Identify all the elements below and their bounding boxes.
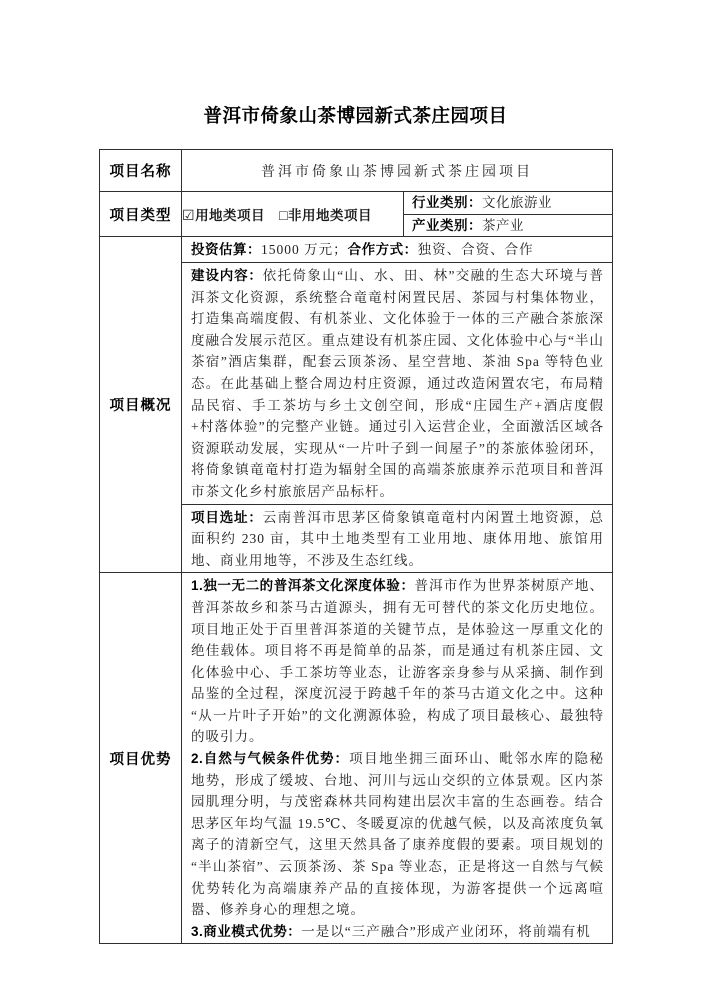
advantage-3-lead: 3.商业模式优势： [191, 924, 301, 939]
sector-category-label: 产业类别： [412, 218, 482, 233]
project-type-label: 项目类型 [100, 192, 182, 237]
advantage-1-lead: 1.独一无二的普洱茶文化深度体验： [191, 578, 415, 593]
option-nonland-label: 非用地类项目 [288, 208, 372, 223]
project-type-options: ☑用地类项目□非用地类项目 [182, 192, 404, 237]
project-overview-content: 投资估算：15000 万元；合作方式：独资、合资、合作 建设内容：依托倚象山“山… [182, 237, 613, 573]
checkbox-checked-icon: ☑ [182, 207, 195, 223]
construction-text: 依托倚象山“山、水、田、林”交融的生态大环境与普洱茶文化资源，系统整合竜竜村闲置… [191, 268, 604, 499]
industry-category-row: 行业类别：文化旅游业 [404, 192, 612, 215]
project-info-table: 项目名称 普洱市倚象山茶博园新式茶庄园项目 项目类型 ☑用地类项目□非用地类项目… [99, 149, 613, 944]
category-cell: 行业类别：文化旅游业 产业类别：茶产业 [404, 192, 613, 237]
option-land-project: ☑用地类项目 [182, 208, 265, 223]
advantage-3-text: 一是以“三产融合”形成产业闭环，将前端有机 [301, 924, 590, 939]
investment-value: 15000 万元； [261, 242, 348, 257]
construction-label: 建设内容： [191, 268, 263, 283]
advantage-1-text: 普洱市作为世界茶树原产地、普洱茶故乡和茶马古道源头，拥有无可替代的茶文化历史地位… [191, 578, 604, 744]
advantage-item: 3.商业模式优势：一是以“三产融合”形成产业闭环，将前端有机 [191, 921, 604, 943]
advantage-2-text: 项目地坐拥三面环山、毗邻水库的隐秘地势，形成了缓坡、台地、河川与远山交织的立体景… [191, 751, 604, 917]
advantages-text-block: 1.独一无二的普洱茶文化深度体验：普洱市作为世界茶树原产地、普洱茶故乡和茶马古道… [182, 573, 612, 943]
row-project-name: 项目名称 普洱市倚象山茶博园新式茶庄园项目 [100, 150, 613, 192]
project-advantages-label: 项目优势 [100, 573, 182, 944]
row-project-overview: 项目概况 投资估算：15000 万元；合作方式：独资、合资、合作 建设内容：依托… [100, 237, 613, 573]
document-page: 普洱市倚象山茶博园新式茶庄园项目 项目名称 普洱市倚象山茶博园新式茶庄园项目 项… [0, 0, 707, 999]
option-nonland-project: □非用地类项目 [279, 208, 372, 223]
advantage-item: 2.自然与气候条件优势：项目地坐拥三面环山、毗邻水库的隐秘地势，形成了缓坡、台地… [191, 748, 604, 921]
sector-category-value: 茶产业 [482, 218, 524, 233]
project-name-label: 项目名称 [100, 150, 182, 192]
cooperation-value: 独资、合资、合作 [418, 242, 534, 257]
site-row: 项目选址：云南普洱市思茅区倚象镇竜竜村内闲置土地资源，总面积约 230 亩，其中… [182, 505, 612, 573]
investment-row: 投资估算：15000 万元；合作方式：独资、合资、合作 [182, 237, 612, 263]
option-land-label: 用地类项目 [195, 208, 265, 223]
industry-category-label: 行业类别： [412, 195, 482, 210]
row-project-type: 项目类型 ☑用地类项目□非用地类项目 行业类别：文化旅游业 产业类别：茶产业 [100, 192, 613, 237]
construction-row: 建设内容：依托倚象山“山、水、田、林”交融的生态大环境与普洱茶文化资源，系统整合… [182, 263, 612, 505]
advantage-item: 1.独一无二的普洱茶文化深度体验：普洱市作为世界茶树原产地、普洱茶故乡和茶马古道… [191, 575, 604, 748]
project-name-value: 普洱市倚象山茶博园新式茶庄园项目 [182, 150, 613, 192]
sector-category-row: 产业类别：茶产业 [404, 215, 612, 236]
site-label: 项目选址： [191, 510, 263, 525]
cooperation-label: 合作方式： [348, 242, 418, 257]
advantage-2-lead: 2.自然与气候条件优势： [191, 751, 349, 766]
industry-category-value: 文化旅游业 [482, 195, 552, 210]
project-overview-label: 项目概况 [100, 237, 182, 573]
checkbox-unchecked-icon: □ [279, 207, 288, 223]
project-advantages-content: 1.独一无二的普洱茶文化深度体验：普洱市作为世界茶树原产地、普洱茶故乡和茶马古道… [182, 573, 613, 944]
row-project-advantages: 项目优势 1.独一无二的普洱茶文化深度体验：普洱市作为世界茶树原产地、普洱茶故乡… [100, 573, 613, 944]
page-title: 普洱市倚象山茶博园新式茶庄园项目 [50, 0, 661, 128]
investment-label: 投资估算： [191, 242, 261, 257]
